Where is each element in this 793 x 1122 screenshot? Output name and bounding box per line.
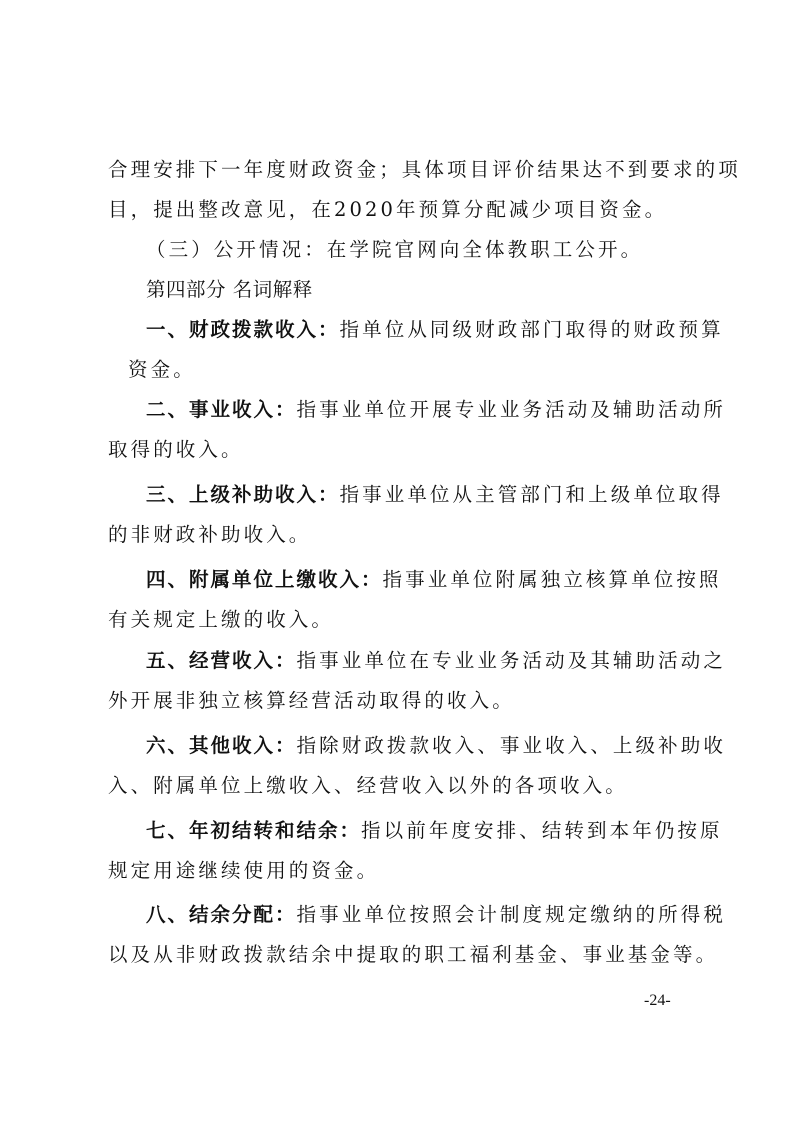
definition-text: 指除财政拨款收入、事业收入、上级补助收: [297, 734, 726, 757]
definition-7: 七、年初结转和结余：指以前年度安排、结转到本年仍按原: [146, 819, 723, 843]
definition-text: 指事业单位从主管部门和上级单位取得: [340, 483, 724, 506]
definition-text: 指事业单位按照会计制度规定缴纳的所得税: [297, 903, 726, 926]
definition-term: 五、经营收入：: [146, 649, 297, 672]
definition-text: 指以前年度安排、结转到本年仍按原: [361, 819, 723, 842]
definition-6: 六、其他收入：指除财政拨款收入、事业收入、上级补助收: [146, 734, 726, 758]
definition-text: 指事业单位附属独立核算单位按照: [383, 568, 722, 591]
definition-5: 五、经营收入：指事业单位在专业业务活动及其辅助活动之: [146, 649, 726, 673]
definition-continuation: 有关规定上缴的收入。: [108, 608, 334, 632]
definition-continuation: 取得的收入。: [108, 438, 244, 462]
definition-continuation: 资金。: [128, 358, 196, 382]
paragraph-line: 合理安排下一年度财政资金；具体项目评价结果达不到要求的项: [108, 158, 741, 182]
definition-term: 一、财政拨款收入：: [146, 318, 340, 341]
page-number: -24-: [644, 992, 671, 1010]
definition-continuation: 入、附属单位上缴收入、经营收入以外的各项收入。: [108, 774, 628, 798]
paragraph-line: 目，提出整改意见，在2020年预算分配减少项目资金。: [108, 198, 667, 222]
definition-continuation: 以及从非财政拨款结余中提取的职工福利基金、事业基金等。: [108, 943, 718, 967]
disclosure-line: （三）公开情况：在学院官网向全体教职工公开。: [146, 238, 643, 262]
definition-term: 六、其他收入：: [146, 734, 297, 757]
definition-1: 一、财政拨款收入：指单位从同级财政部门取得的财政预算: [146, 318, 724, 342]
definition-8: 八、结余分配：指事业单位按照会计制度规定缴纳的所得税: [146, 903, 726, 927]
definition-continuation: 规定用途继续使用的资金。: [108, 859, 379, 883]
definition-3: 三、上级补助收入：指事业单位从主管部门和上级单位取得: [146, 483, 724, 507]
definition-2: 二、事业收入：指事业单位开展专业业务活动及辅助活动所: [146, 398, 726, 422]
section-heading: 第四部分 名词解释: [146, 278, 313, 302]
definition-term: 二、事业收入：: [146, 398, 297, 421]
definition-term: 四、附属单位上缴收入：: [146, 568, 383, 591]
definition-continuation: 的非财政补助收入。: [108, 523, 311, 547]
definition-text: 指事业单位开展专业业务活动及辅助活动所: [297, 398, 726, 421]
definition-text: 指单位从同级财政部门取得的财政预算: [340, 318, 724, 341]
definition-text: 指事业单位在专业业务活动及其辅助活动之: [297, 649, 726, 672]
definition-term: 八、结余分配：: [146, 903, 297, 926]
definition-continuation: 外开展非独立核算经营活动取得的收入。: [108, 689, 515, 713]
definition-term: 三、上级补助收入：: [146, 483, 340, 506]
definition-4: 四、附属单位上缴收入：指事业单位附属独立核算单位按照: [146, 568, 722, 592]
definition-term: 七、年初结转和结余：: [146, 819, 361, 842]
